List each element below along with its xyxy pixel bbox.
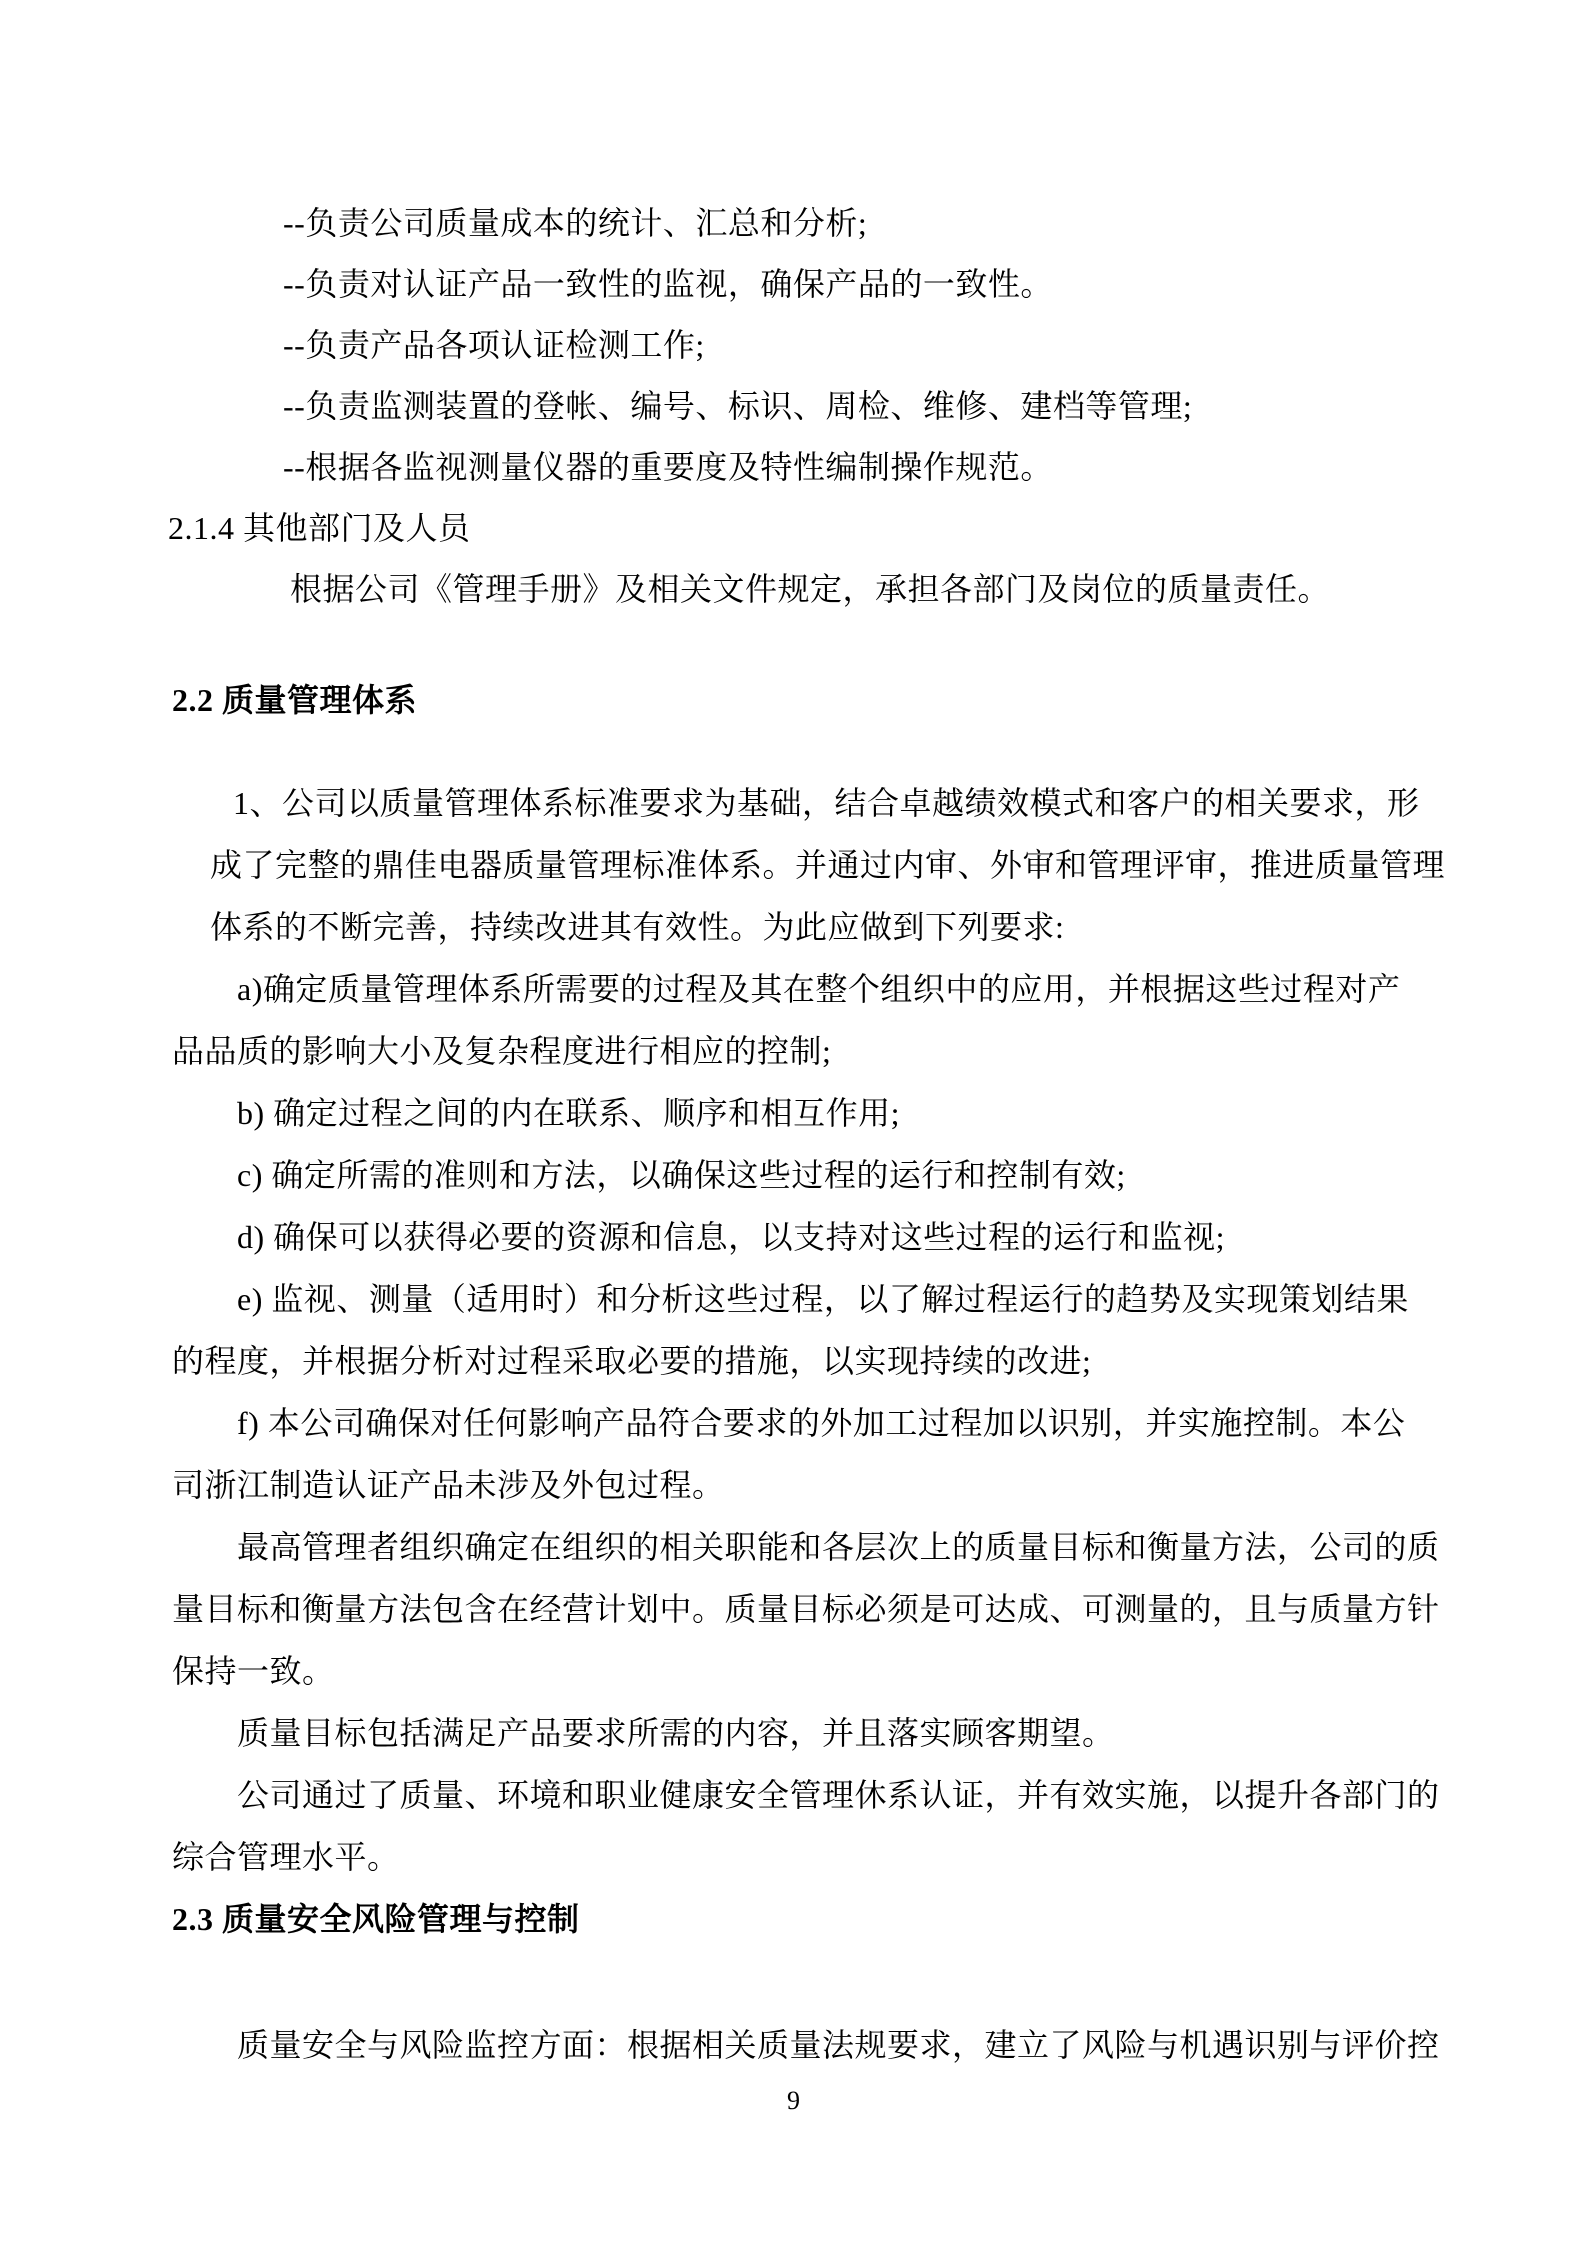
- body-text-line: 综合管理水平。: [172, 1837, 400, 1877]
- body-text-line: 保持一致。: [172, 1651, 335, 1691]
- list-item-e-line: e) 监视、测量（适用时）和分析这些过程，以了解过程运行的趋势及实现策划结果: [237, 1279, 1409, 1319]
- body-text-line: 质量目标包括满足产品要求所需的内容，并且落实顾客期望。: [237, 1713, 1115, 1753]
- list-item-c-line: c) 确定所需的准则和方法，以确保这些过程的运行和控制有效;: [237, 1155, 1126, 1195]
- list-item-b-line: b) 确定过程之间的内在联系、顺序和相互作用;: [237, 1093, 900, 1133]
- dash-item-line: --负责产品各项认证检测工作;: [283, 325, 705, 365]
- body-text-line: 量目标和衡量方法包含在经营计划中。质量目标必须是可达成、可测量的，且与质量方针: [172, 1589, 1440, 1629]
- body-text-line: 公司通过了质量、环境和职业健康安全管理休系认证，并有效实施，以提升各部门的: [237, 1775, 1440, 1815]
- page-number: 9: [0, 2085, 1587, 2117]
- dash-item-line: --负责对认证产品一致性的监视，确保产品的一致性。: [283, 264, 1053, 304]
- body-text-line: 根据公司《管理手册》及相关文件规定，承担各部门及岗位的质量责任。: [290, 569, 1330, 609]
- body-text-line: 体系的不断完善，持续改进其有效性。为此应做到下列要求:: [210, 907, 1064, 947]
- body-text-line: 司浙江制造认证产品未涉及外包过程。: [172, 1465, 725, 1505]
- body-text-line: 成了完整的鼎佳电器质量管理标准体系。并通过内审、外审和管理评审，推进质量管理: [210, 845, 1445, 885]
- list-item-f-line: f) 本公司确保对任何影响产品符合要求的外加工过程加以识别，并实施控制。本公: [237, 1403, 1405, 1443]
- list-item-a-line: a)确定质量管理体系所需要的过程及其在整个组织中的应用，并根据这些过程对产: [237, 969, 1400, 1009]
- heading-2-3: 2.3 质量安全风险管理与控制: [172, 1899, 580, 1939]
- dash-item-line: --根据各监视测量仪器的重要度及特性编制操作规范。: [283, 447, 1053, 487]
- heading-2-2: 2.2 质量管理体系: [172, 680, 417, 720]
- heading-2-1-4: 2.1.4 其他部门及人员: [168, 508, 471, 548]
- body-text-line: 品品质的影响大小及复杂程度进行相应的控制;: [172, 1031, 831, 1071]
- body-text-line: 最高管理者组织确定在组织的相关职能和各层次上的质量目标和衡量方法，公司的质: [237, 1527, 1440, 1567]
- body-text-line: 的程度，并根据分析对过程采取必要的措施，以实现持续的改进;: [172, 1341, 1091, 1381]
- list-item-d-line: d) 确保可以获得必要的资源和信息，以支持对这些过程的运行和监视;: [237, 1217, 1225, 1257]
- body-text-line: 质量安全与风险监控方面：根据相关质量法规要求，建立了风险与机遇识别与评价控: [237, 2025, 1440, 2065]
- dash-item-line: --负责公司质量成本的统计、汇总和分析;: [283, 203, 867, 243]
- dash-item-line: --负责监测装置的登帐、编号、标识、周检、维修、建档等管理;: [283, 386, 1192, 426]
- document-page: --负责公司质量成本的统计、汇总和分析; --负责对认证产品一致性的监视，确保产…: [0, 0, 1587, 2245]
- body-text-line: 1、公司以质量管理体系标准要求为基础，结合卓越绩效模式和客户的相关要求，形: [233, 783, 1420, 823]
